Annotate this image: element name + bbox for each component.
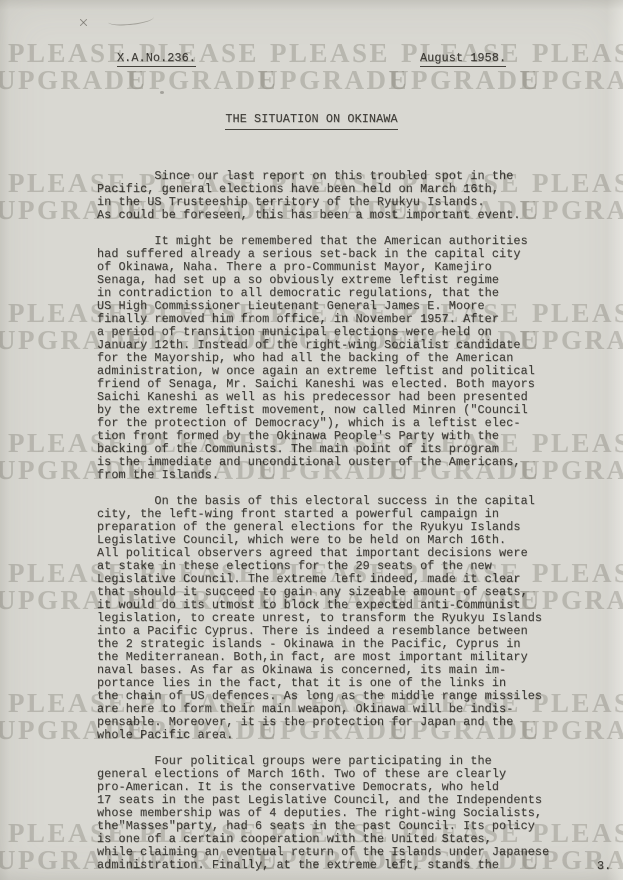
watermark-word-please: PLEASE [532,38,623,69]
paragraph: It might be remembered that the American… [97,235,577,482]
paragraph: On the basis of this electoral success i… [97,495,577,742]
paragraph: Four political groups were participating… [97,755,577,872]
watermark-word-upgrade: UPGRADE [258,65,409,96]
page-number: 3. [597,860,611,873]
paragraph: Since our last report on this troubled s… [97,170,577,222]
watermark-word-please: PLEASE [8,38,128,69]
document-body: Since our last report on this troubled s… [97,170,577,880]
document-date: August 1958. [420,52,506,67]
scan-mark [80,19,87,26]
title-row: THE SITUATION ON OKINAWA [0,109,623,130]
watermark-word-upgrade: UPGRADE [0,65,147,96]
text-line: As could be foreseen, this has been a mo… [97,209,577,222]
watermark-word-please: PLEASE [270,38,390,69]
watermark-word-upgrade: UPGRADE [389,65,540,96]
watermark-word-upgrade: UPGRADE [127,65,278,96]
scan-mark [108,12,155,26]
text-line: whole Pacific area. [97,729,577,742]
document-title: THE SITUATION ON OKINAWA [225,113,397,130]
scan-mark [160,91,164,94]
document-page: X.A.No.236. August 1958. THE SITUATION O… [0,0,623,880]
text-line: from the Islands. [97,469,577,482]
text-line: administration. Finally, at the extreme … [97,859,577,872]
document-ref-number: X.A.No.236. [117,52,196,67]
watermark-word-upgrade: UPGRADE [520,65,623,96]
